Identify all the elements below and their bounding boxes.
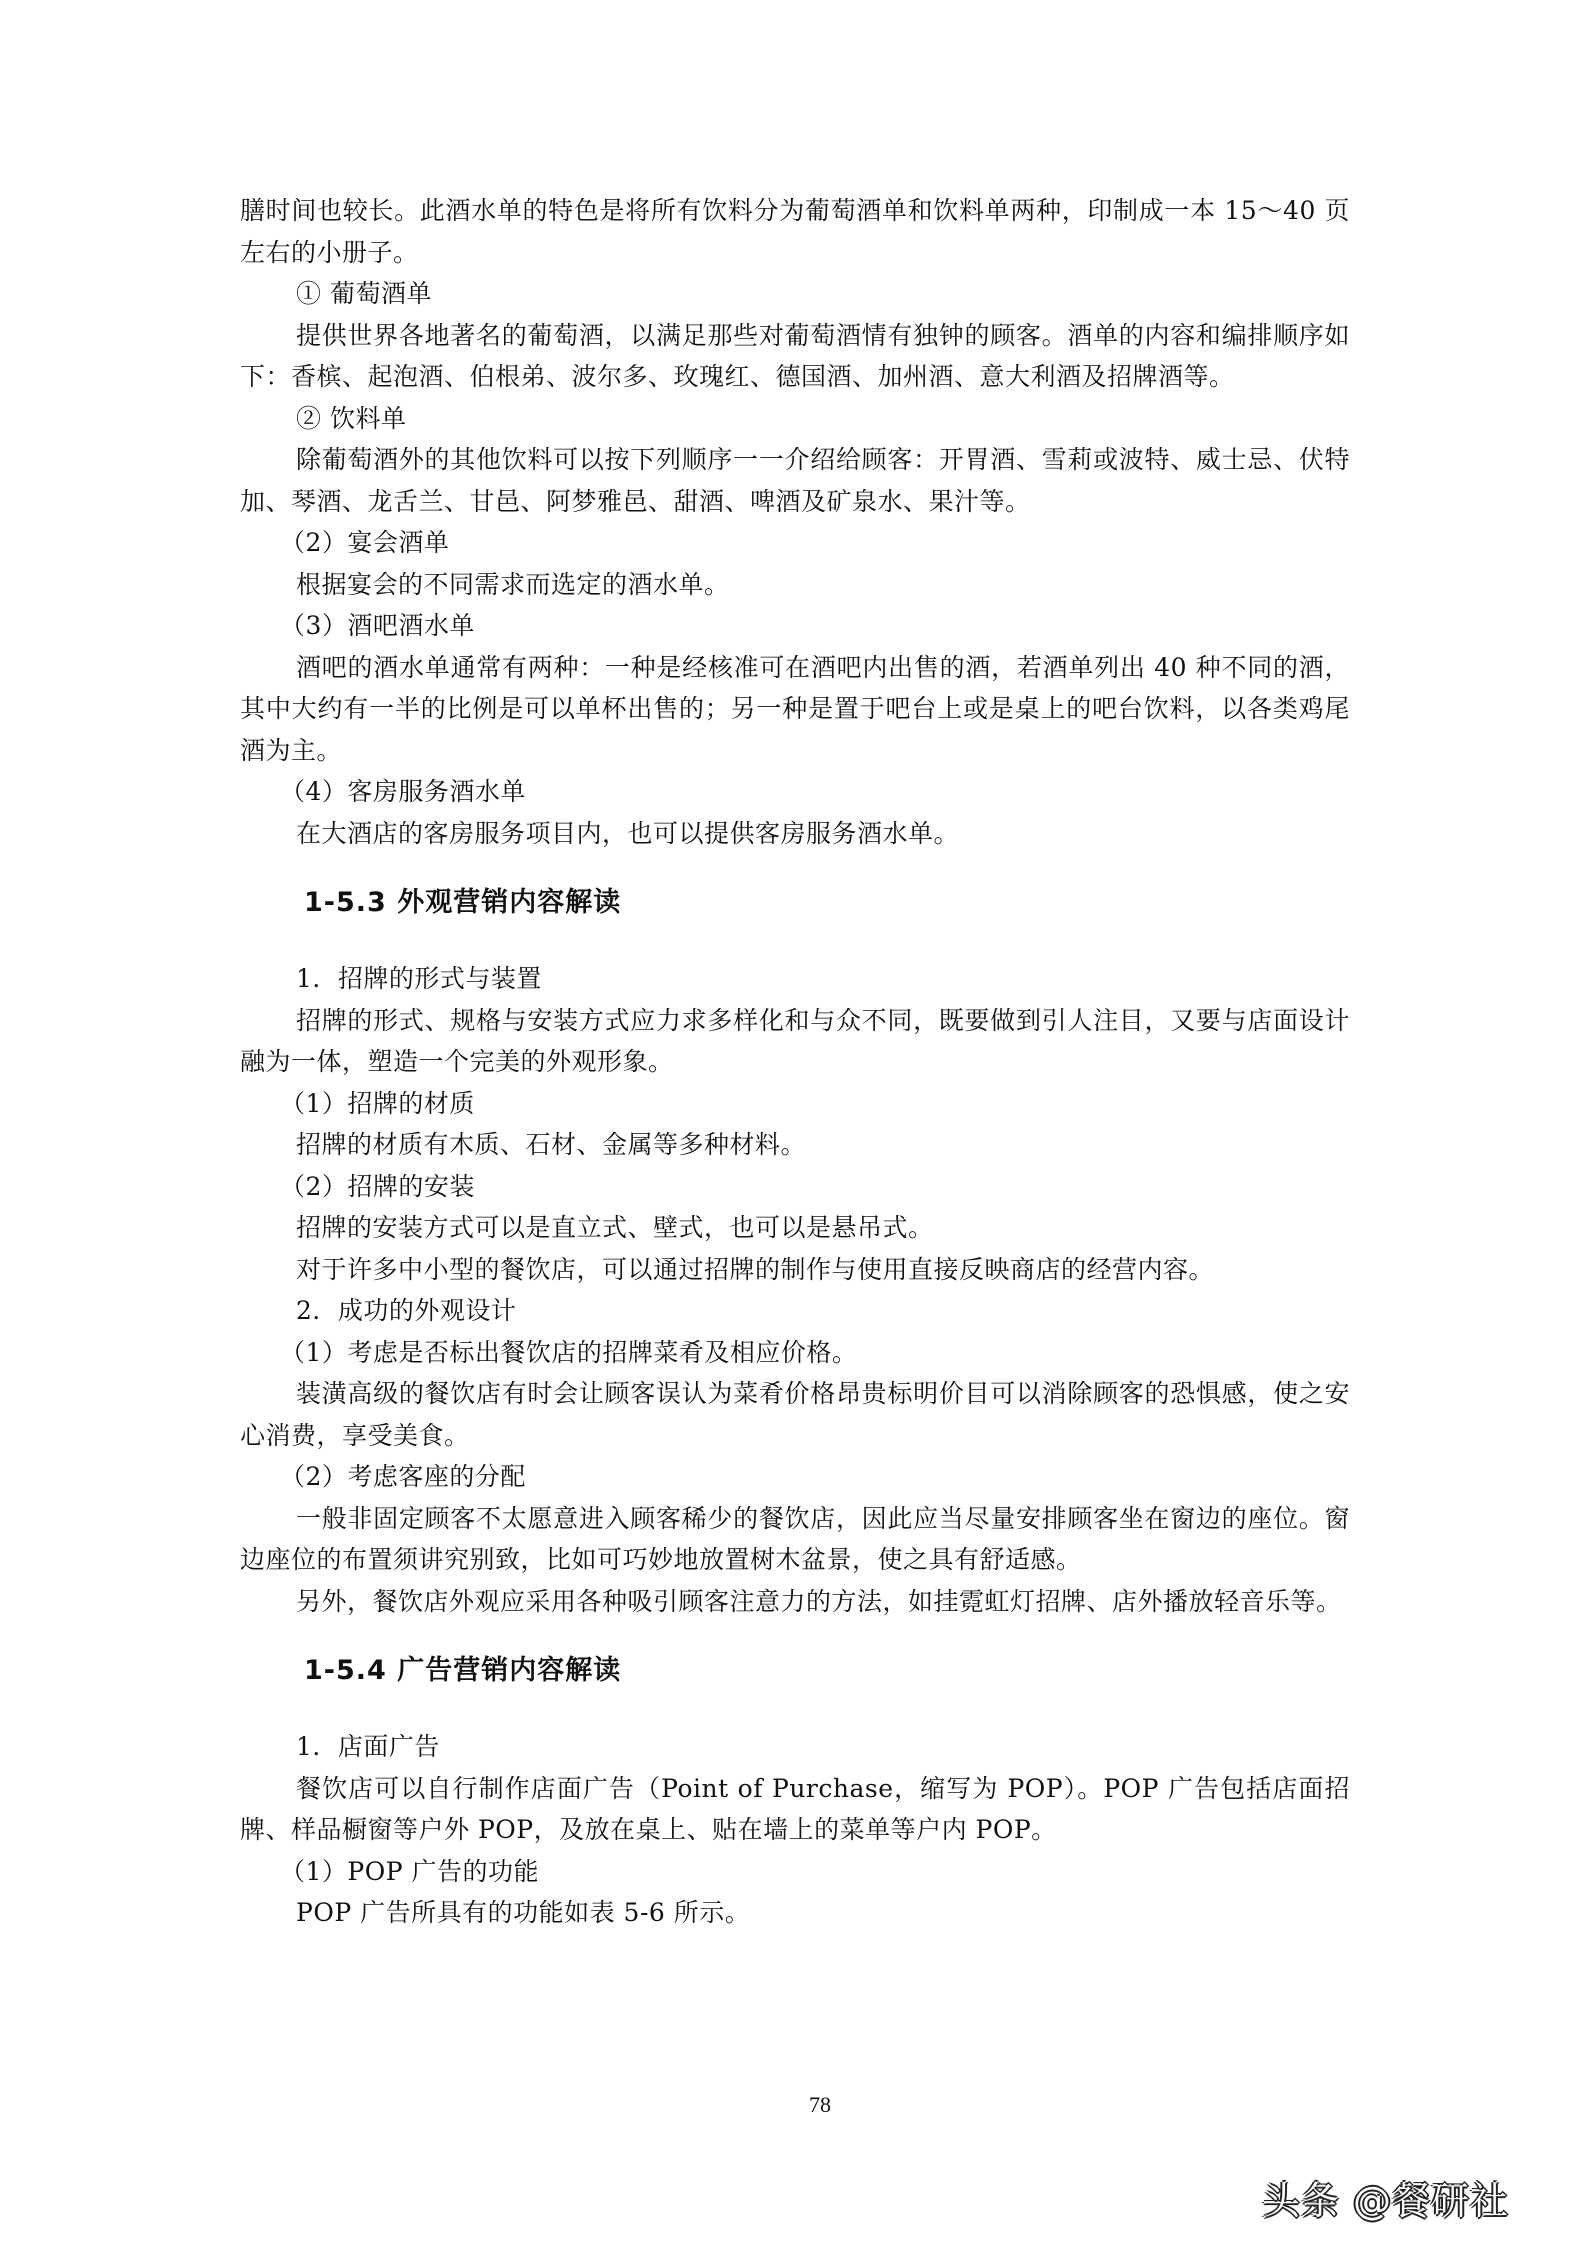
section-heading-advertising-marketing: 1-5.4 广告营销内容解读 <box>240 1630 1350 1712</box>
subhead-seat-allocation: （2）考虑客座的分配 <box>240 1456 1350 1498</box>
para-storefront-ads: 餐饮店可以自行制作店面广告（Point of Purchase，缩写为 POP）… <box>240 1768 1350 1851</box>
para-pop-functions: POP 广告所具有的功能如表 5-6 所示。 <box>240 1892 1350 1934</box>
subhead-successful-exterior: 2．成功的外观设计 <box>240 1290 1350 1332</box>
section-heading-exterior-marketing: 1-5.3 外观营销内容解读 <box>240 862 1350 944</box>
subhead-room-service-list: （4）客房服务酒水单 <box>240 771 1350 813</box>
subhead-storefront-ads: 1．店面广告 <box>240 1726 1350 1768</box>
para-bar-list: 酒吧的酒水单通常有两种：一种是经核准可在酒吧内出售的酒，若酒单列出 40 种不同… <box>240 647 1350 772</box>
para-banquet-list: 根据宴会的不同需求而选定的酒水单。 <box>240 564 1350 606</box>
para-signboard-form: 招牌的形式、规格与安装方式应力求多样化和与众不同，既要做到引人注目，又要与店面设… <box>240 1000 1350 1083</box>
subhead-signboard-installation: （2）招牌的安装 <box>240 1166 1350 1208</box>
subhead-wine-list: ① 葡萄酒单 <box>240 273 1350 315</box>
para-signboard-material: 招牌的材质有木质、石材、金属等多种材料。 <box>240 1124 1350 1166</box>
para-wine-list: 提供世界各地著名的葡萄酒，以满足那些对葡萄酒情有独钟的顾客。酒单的内容和编排顺序… <box>240 315 1350 398</box>
subhead-signboard-form: 1．招牌的形式与装置 <box>240 958 1350 1000</box>
para-consider-prices: 装潢高级的餐饮店有时会让顾客误认为菜肴价格昂贵标明价目可以消除顾客的恐惧感，使之… <box>240 1373 1350 1456</box>
subhead-consider-prices: （1）考虑是否标出餐饮店的招牌菜肴及相应价格。 <box>240 1332 1350 1374</box>
para-intro-continued: 膳时间也较长。此酒水单的特色是将所有饮料分为葡萄酒单和饮料单两种，印制成一本 1… <box>240 190 1350 273</box>
subhead-pop-functions: （1）POP 广告的功能 <box>240 1851 1350 1893</box>
para-beverage-list: 除葡萄酒外的其他饮料可以按下列顺序一一介绍给顾客：开胃酒、雪莉或波特、威士忌、伏… <box>240 439 1350 522</box>
subhead-banquet-list: （2）宴会酒单 <box>240 522 1350 564</box>
subhead-signboard-material: （1）招牌的材质 <box>240 1083 1350 1125</box>
subhead-beverage-list: ② 饮料单 <box>240 398 1350 440</box>
para-signboard-installation: 招牌的安装方式可以是直立式、壁式，也可以是悬吊式。 <box>240 1207 1350 1249</box>
para-room-service-list: 在大酒店的客房服务项目内，也可以提供客房服务酒水单。 <box>240 813 1350 855</box>
para-seat-allocation: 一般非固定顾客不太愿意进入顾客稀少的餐饮店，因此应当尽量安排顾客坐在窗边的座位。… <box>240 1498 1350 1581</box>
para-attention-methods: 另外，餐饮店外观应采用各种吸引顾客注意力的方法，如挂霓虹灯招牌、店外播放轻音乐等… <box>240 1581 1350 1623</box>
page-number: 78 <box>790 2092 850 2118</box>
document-page: 膳时间也较长。此酒水单的特色是将所有饮料分为葡萄酒单和饮料单两种，印制成一本 1… <box>240 190 1350 1934</box>
para-small-restaurants: 对于许多中小型的餐饮店，可以通过招牌的制作与使用直接反映商店的经营内容。 <box>240 1249 1350 1291</box>
subhead-bar-list: （3）酒吧酒水单 <box>240 605 1350 647</box>
watermark: 头条 @餐研社 <box>1262 2170 1509 2225</box>
